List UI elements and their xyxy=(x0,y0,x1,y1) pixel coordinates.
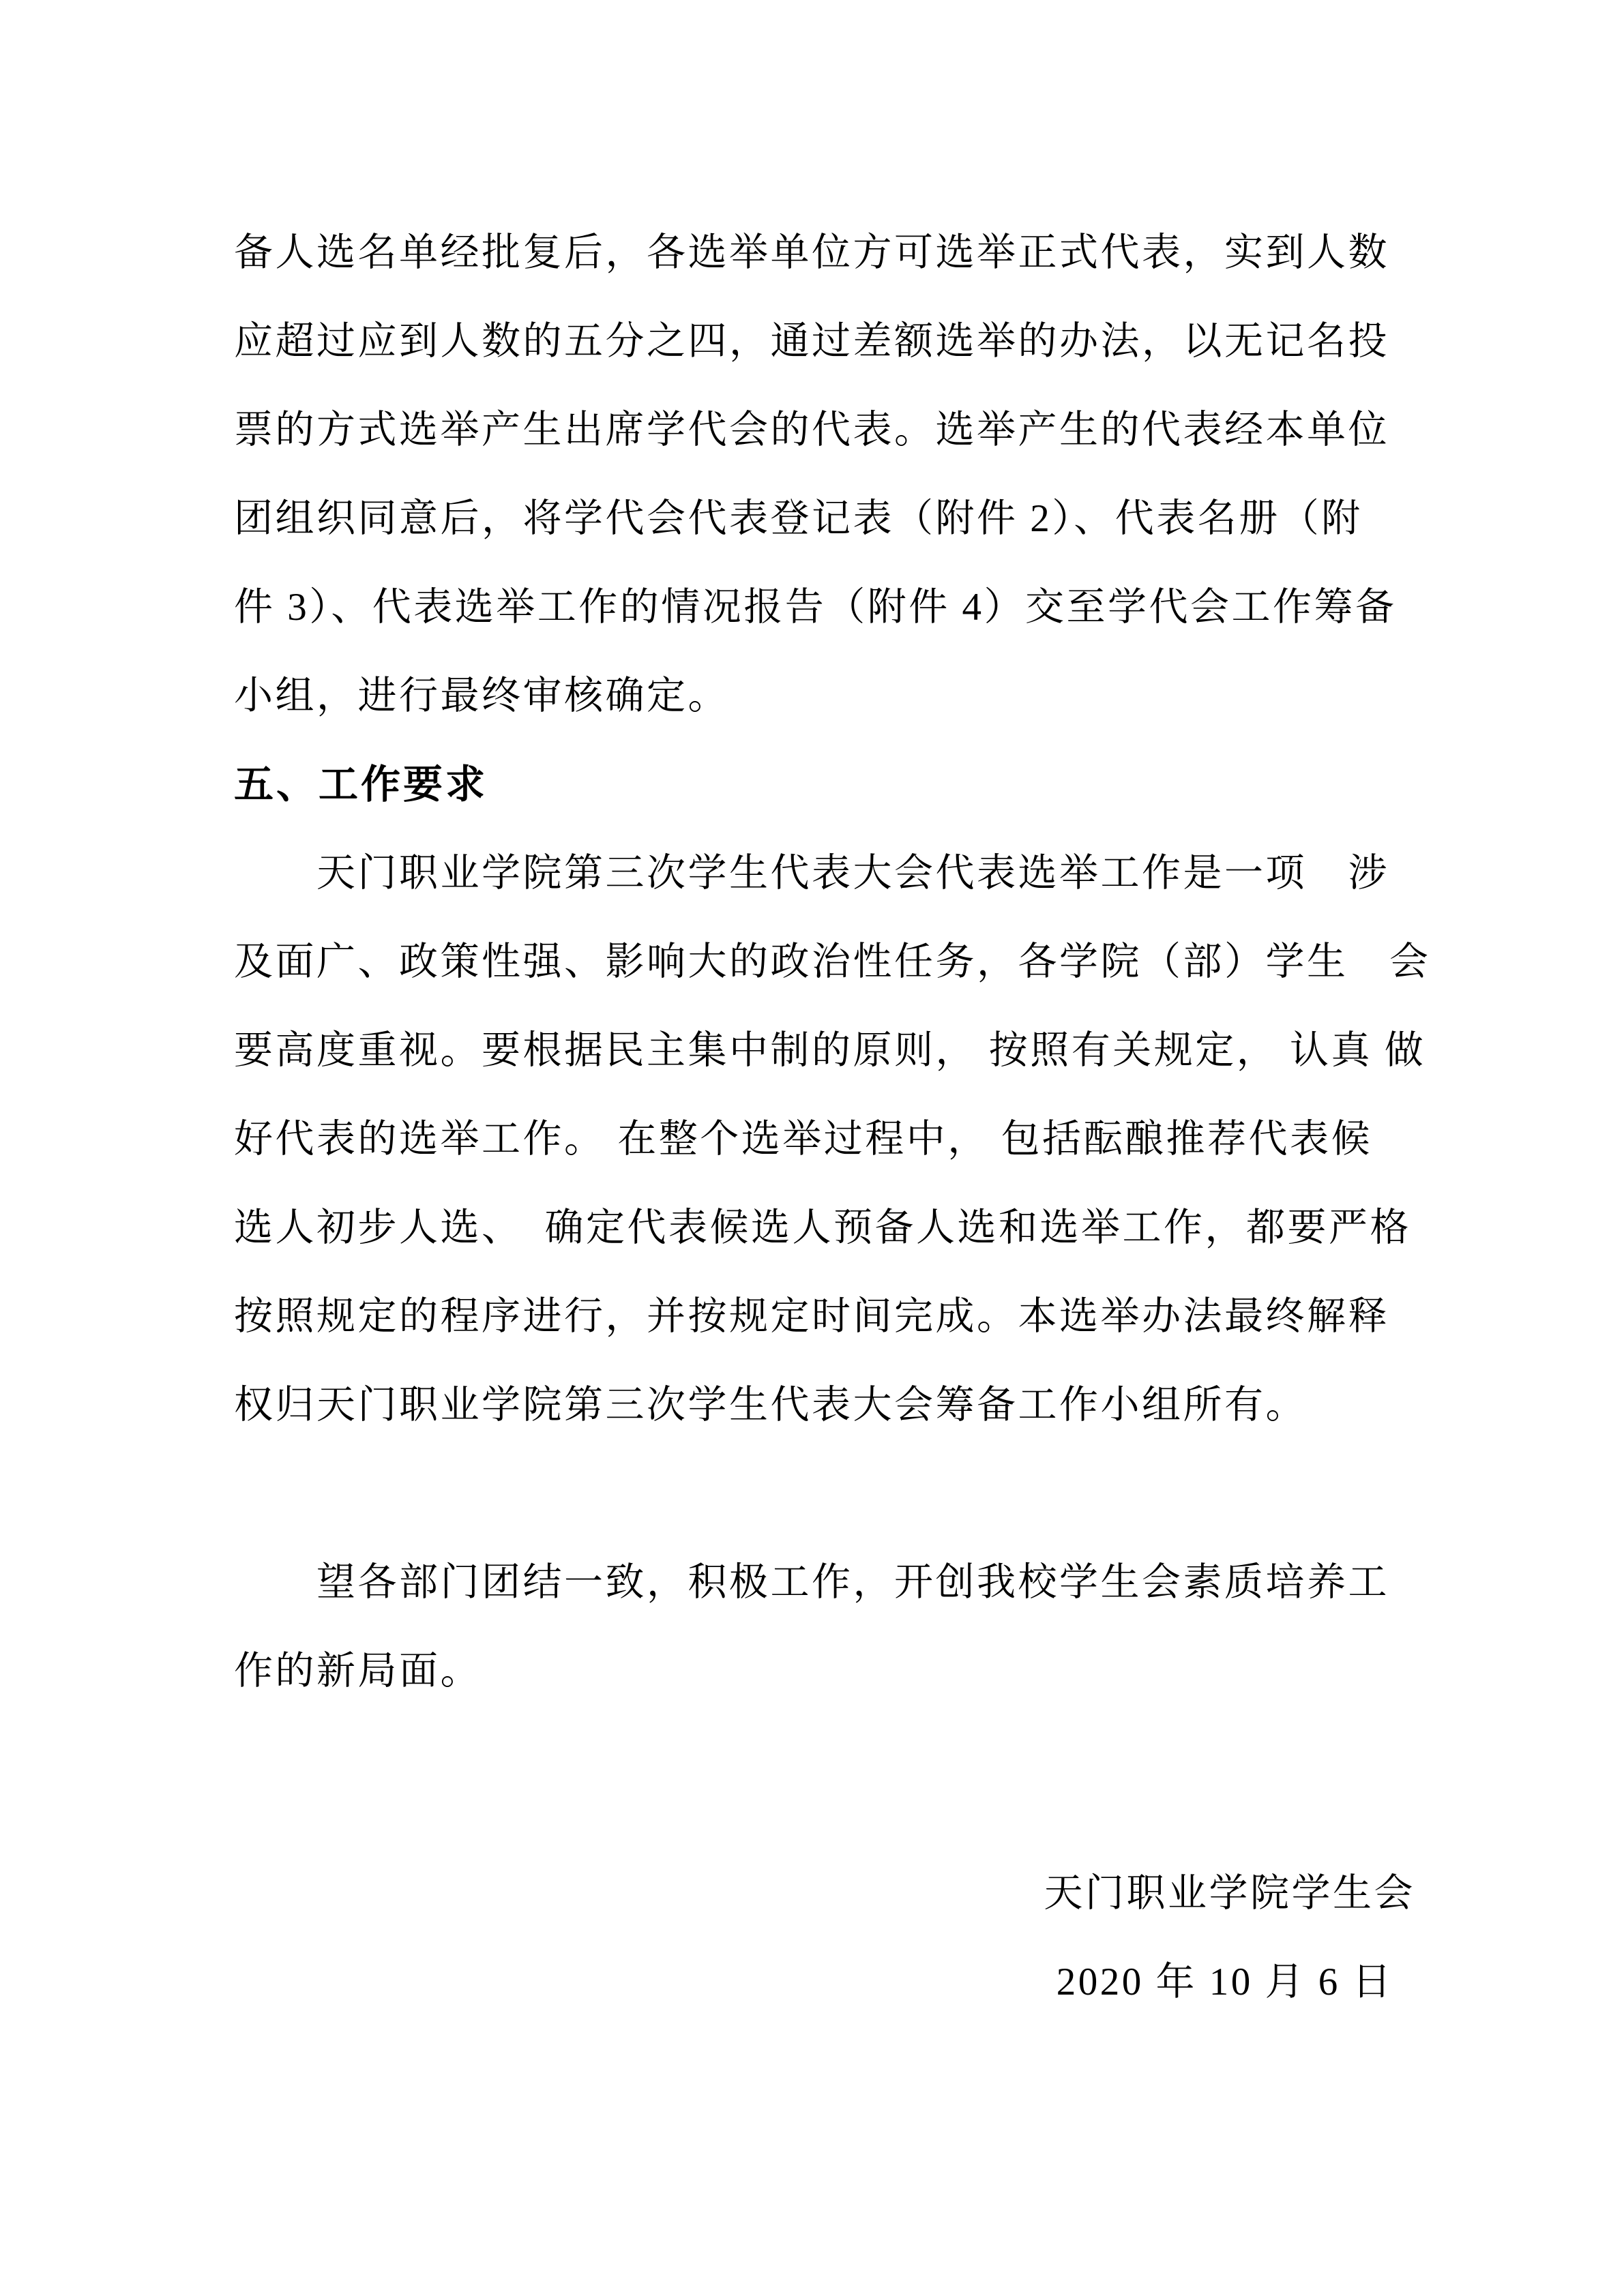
text-line: 备人选名单经批复后，各选举单位方可选举正式代表，实到人数 xyxy=(234,209,1393,297)
text-line: 团组织同意后，将学代会代表登记表（附件 2）、代表名册（附 xyxy=(234,475,1393,563)
document-body: 备人选名单经批复后，各选举单位方可选举正式代表，实到人数应超过应到人数的五分之四… xyxy=(234,209,1393,2027)
text-line: 望各部门团结一致，积极工作，开创我校学生会素质培养工 xyxy=(234,1538,1393,1627)
text-line: 票的方式选举产生出席学代会的代表。选举产生的代表经本单位 xyxy=(234,386,1393,475)
text-line: 要高度重视。要根据民主集中制的原则， 按照有关规定， 认真 做 xyxy=(234,1007,1393,1095)
text-line: 好代表的选举工作。 在整个选举过程中， 包括酝酿推荐代表候 xyxy=(234,1095,1393,1184)
text-line: 及面广、政策性强、影响大的政治性任务，各学院（部）学生 会 xyxy=(234,918,1393,1007)
text-line: 天门职业学院第三次学生代表大会代表选举工作是一项 涉 xyxy=(234,829,1393,918)
text-line xyxy=(234,1450,1393,1538)
text-line: 应超过应到人数的五分之四，通过差额选举的办法，以无记名投 xyxy=(234,297,1393,386)
text-line: 权归天门职业学院第三次学生代表大会筹备工作小组所有。 xyxy=(234,1361,1393,1450)
closing-block: 天门职业学院学生会 2020 年 10 月 6 日 xyxy=(234,1849,1393,2027)
text-line xyxy=(234,1716,1393,1804)
text-line: 件 3）、代表选举工作的情况报告（附件 4）交至学代会工作筹备 xyxy=(234,563,1393,652)
text-line: 选人初步人选、 确定代表候选人预备人选和选举工作，都要严格 xyxy=(234,1184,1393,1272)
date-line: 2020 年 10 月 6 日 xyxy=(234,1938,1393,2027)
text-line: 按照规定的程序进行，并按规定时间完成。本选举办法最终解释 xyxy=(234,1272,1393,1361)
text-line: 作的新局面。 xyxy=(234,1627,1393,1716)
signature-line: 天门职业学院学生会 xyxy=(234,1849,1415,1938)
body-lines-container: 备人选名单经批复后，各选举单位方可选举正式代表，实到人数应超过应到人数的五分之四… xyxy=(234,209,1393,1893)
text-line: 小组，进行最终审核确定。 xyxy=(234,652,1393,741)
text-line: 五、工作要求 xyxy=(234,741,1393,829)
document-page: 备人选名单经批复后，各选举单位方可选举正式代表，实到人数应超过应到人数的五分之四… xyxy=(0,0,1624,2296)
